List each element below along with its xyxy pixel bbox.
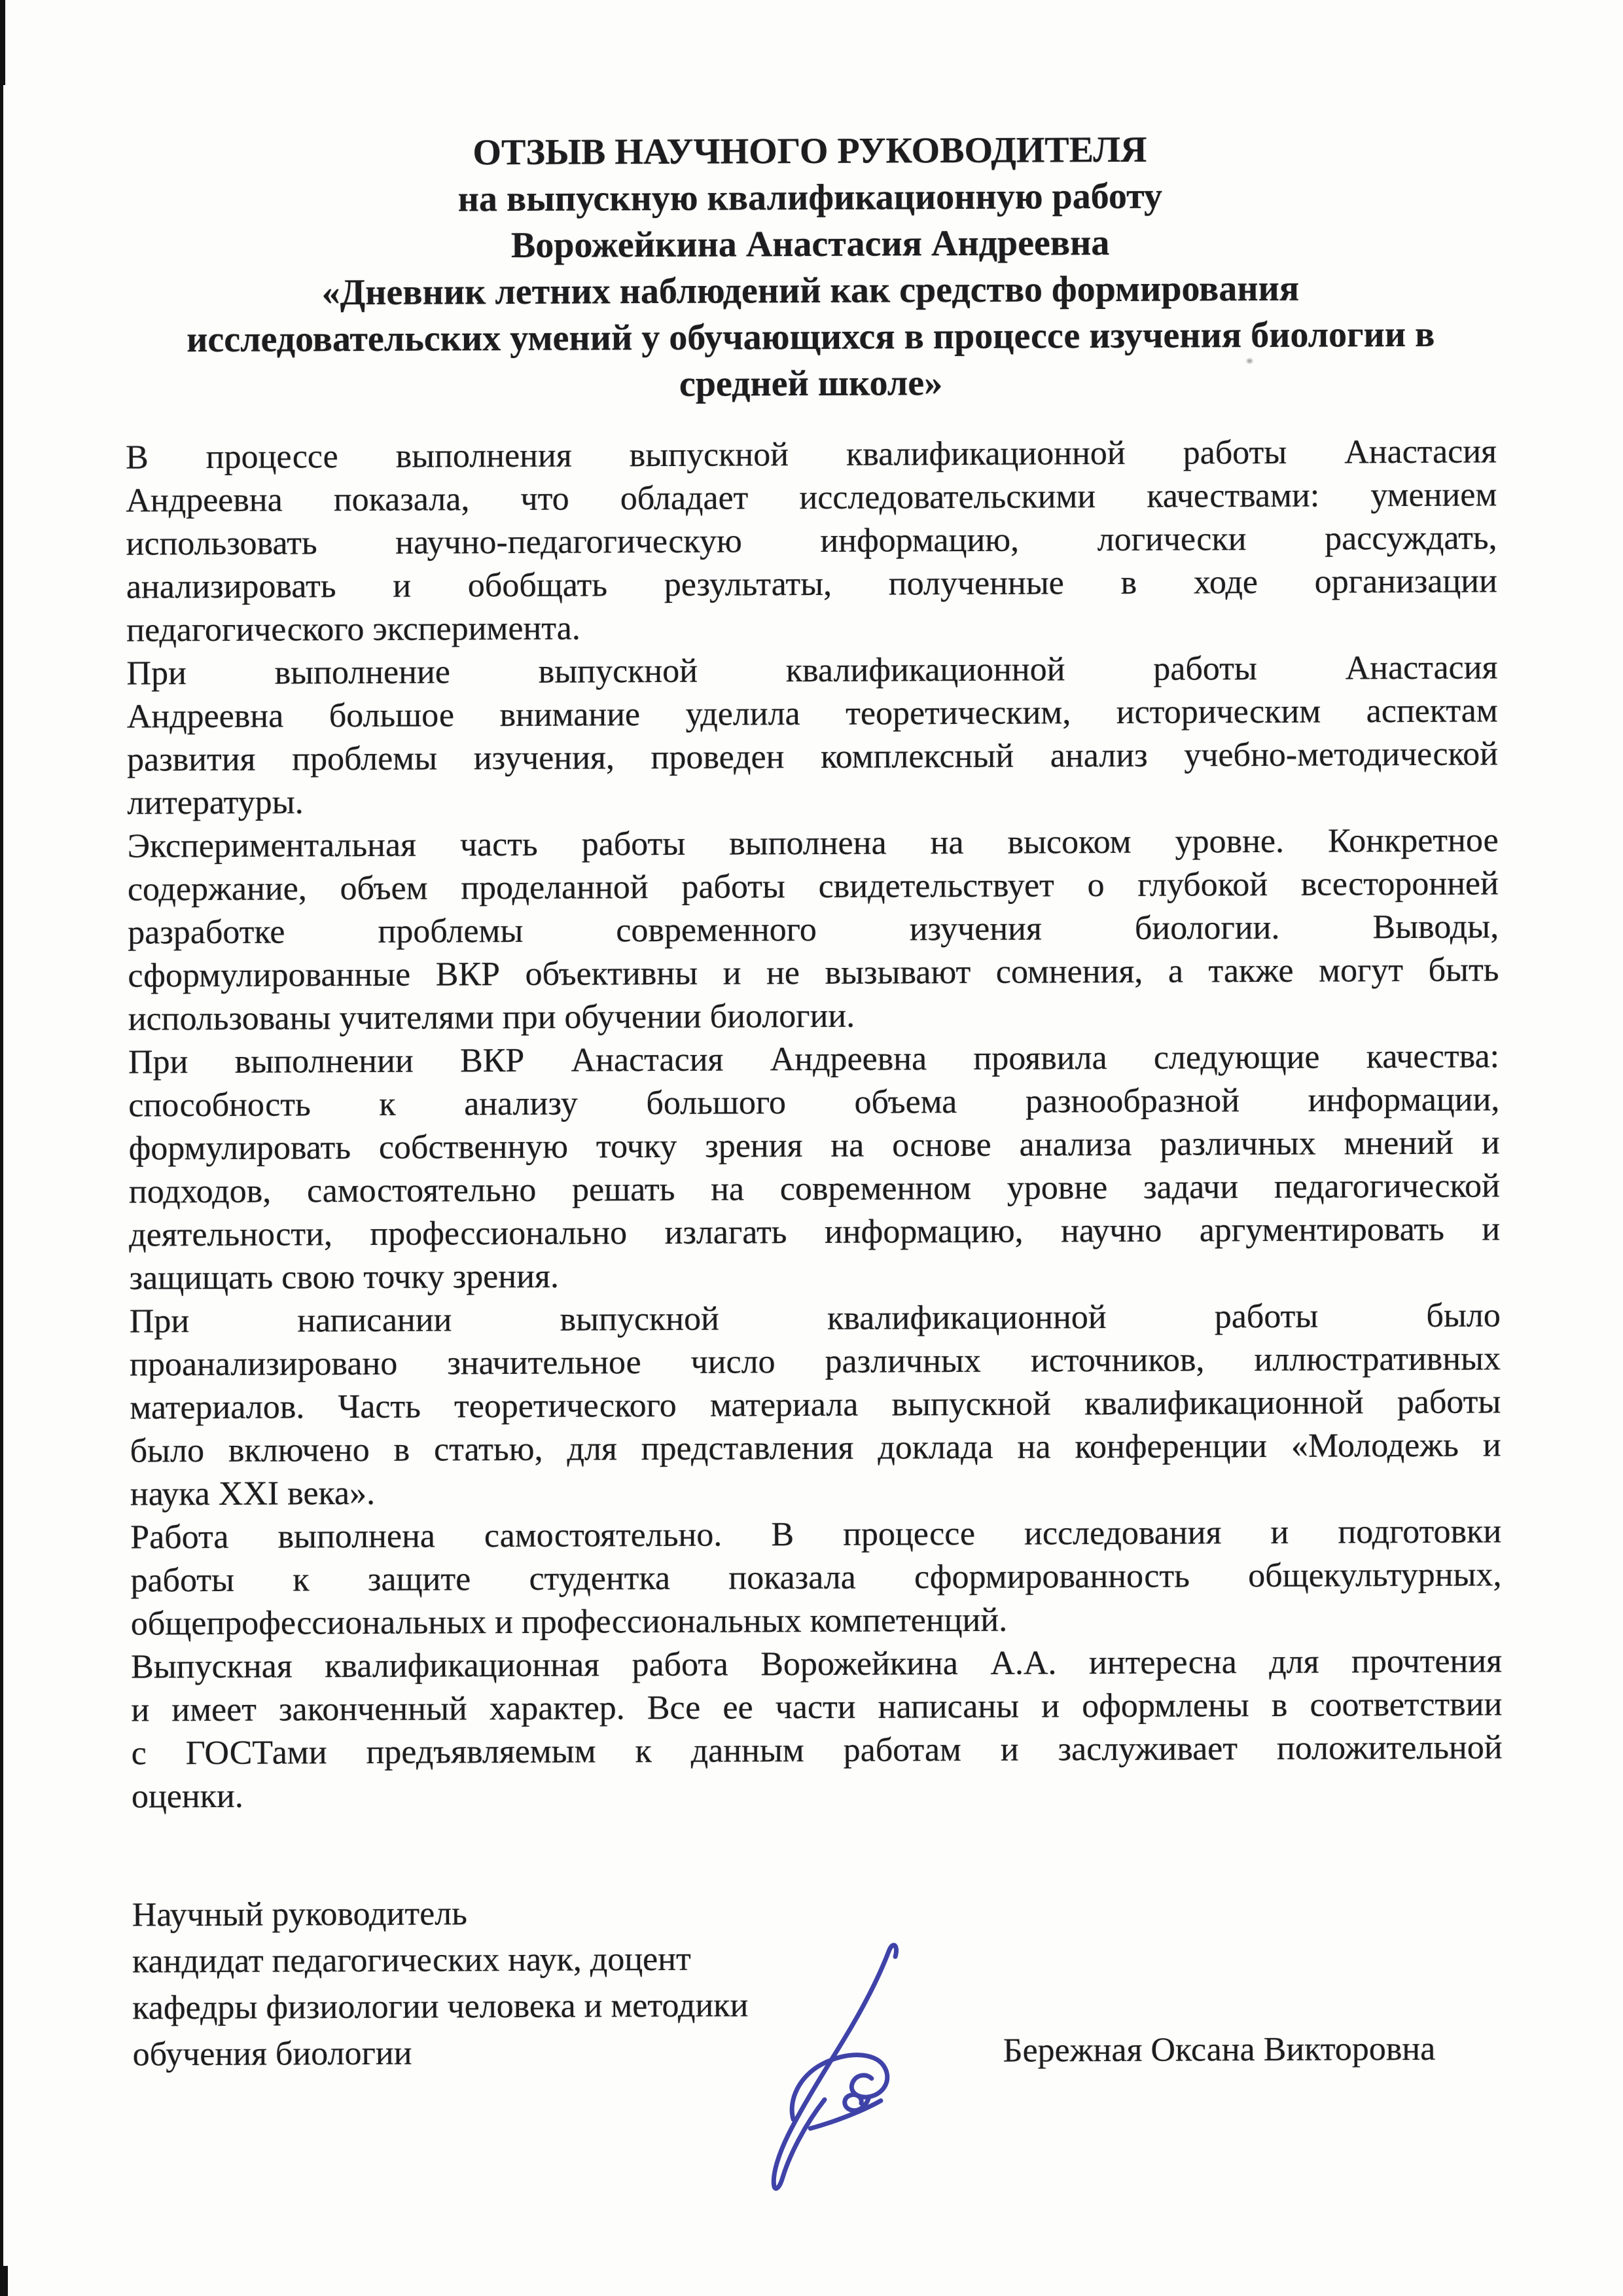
body-line: деятельности, профессионально излагать и… — [129, 1208, 1500, 1257]
body-line: анализировать и обобщать результаты, пол… — [126, 560, 1497, 609]
paragraph: При выполнении ВКР Анастасия Андреевна п… — [128, 1035, 1501, 1300]
title-line: ОТЗЫВ НАУЧНОГО РУКОВОДИТЕЛЯ — [124, 125, 1495, 177]
body-line: содержание, объем проделанной работы сви… — [128, 862, 1499, 911]
title-line: «Дневник летних наблюдений как средство … — [125, 264, 1496, 317]
body-line: Работа выполнена самостоятельно. В проце… — [130, 1510, 1501, 1559]
body-line: педагогического эксперимента. — [126, 603, 1497, 652]
paragraph: Экспериментальная часть работы выполнена… — [127, 819, 1499, 1041]
signature-block: Научный руководителькандидат педагогичес… — [132, 1886, 1505, 2258]
paragraph: Работа выполнена самостоятельно. В проце… — [130, 1510, 1502, 1645]
body-line: материалов. Часть теоретического материа… — [130, 1380, 1501, 1429]
body-line: и имеет законченный характер. Все ее час… — [131, 1683, 1502, 1732]
body-line: защищать свою точку зрения. — [129, 1251, 1500, 1300]
scan-edge-artifact-top — [0, 0, 5, 85]
body-line: При выполнение выпускной квалификационно… — [126, 646, 1497, 695]
body-line: оценки. — [132, 1769, 1503, 1818]
title-line: Ворожейкина Анастасия Андреевна — [124, 218, 1495, 270]
body-line: разработке проблемы современного изучени… — [128, 905, 1499, 954]
body-line: с ГОСТами предъявляемым к данным работам… — [132, 1726, 1503, 1775]
handwritten-signature — [744, 1934, 942, 2197]
body-line: общепрофессиональных и профессиональных … — [131, 1596, 1502, 1645]
body-line: было включено в статью, для представлени… — [130, 1424, 1501, 1473]
scanned-document-page: ОТЗЫВ НАУЧНОГО РУКОВОДИТЕЛЯна выпускную … — [0, 0, 1623, 2296]
title-line: исследовательских умений у обучающихся в… — [125, 311, 1496, 363]
signature-stroke-loop — [792, 2054, 887, 2119]
body-line: формулировать собственную точку зрения н… — [128, 1121, 1499, 1170]
body-line: Андреевна большое внимание уделила теоре… — [127, 689, 1498, 738]
body-line: работы к защите студентка показала сформ… — [130, 1553, 1501, 1602]
title-line: средней школе» — [125, 357, 1496, 410]
body-line: наука XXI века». — [130, 1467, 1501, 1516]
body-line: использованы учителями при обучении биол… — [128, 992, 1499, 1041]
body-line: При выполнении ВКР Анастасия Андреевна п… — [128, 1035, 1499, 1084]
body-line: подходов, самостоятельно решать на совре… — [129, 1164, 1500, 1213]
supervisor-name: Бережная Оксана Викторовна — [1003, 2026, 1436, 2074]
signoff-line: Научный руководитель — [132, 1886, 1503, 1938]
body-line: литературы. — [127, 776, 1498, 825]
body-line: развития проблемы изучения, проведен ком… — [127, 732, 1498, 781]
scan-edge-artifact-bottom — [0, 2266, 8, 2296]
title-line: на выпускную квалификационную работу — [124, 171, 1495, 224]
scan-edge-artifact — [0, 0, 3, 2296]
paragraph: При написании выпускной квалификационной… — [130, 1294, 1501, 1516]
body-line: сформулированные ВКР объективны и не выз… — [128, 948, 1499, 997]
document-body: В процессе выполнения выпускной квалифик… — [126, 430, 1503, 1818]
document-title: ОТЗЫВ НАУЧНОГО РУКОВОДИТЕЛЯна выпускную … — [124, 125, 1497, 410]
paragraph: При выполнение выпускной квалификационно… — [126, 646, 1498, 825]
body-line: Экспериментальная часть работы выполнена… — [127, 819, 1498, 868]
signature-stroke-main — [773, 1945, 897, 2189]
body-line: проанализировано значительное число разл… — [130, 1337, 1501, 1386]
paragraph: В процессе выполнения выпускной квалифик… — [126, 430, 1497, 652]
body-line: Выпускная квалификационная работа Вороже… — [131, 1640, 1502, 1689]
document-content: ОТЗЫВ НАУЧНОГО РУКОВОДИТЕЛЯна выпускную … — [124, 0, 1505, 2259]
body-line: способность к анализу большого объема ра… — [128, 1078, 1499, 1127]
body-line: Андреевна показала, что обладает исследо… — [126, 473, 1497, 522]
body-line: При написании выпускной квалификационной… — [130, 1294, 1501, 1343]
body-line: В процессе выполнения выпускной квалифик… — [126, 430, 1497, 479]
paragraph: Выпускная квалификационная работа Вороже… — [131, 1640, 1503, 1818]
body-line: использовать научно-педагогическую инфор… — [126, 516, 1497, 565]
